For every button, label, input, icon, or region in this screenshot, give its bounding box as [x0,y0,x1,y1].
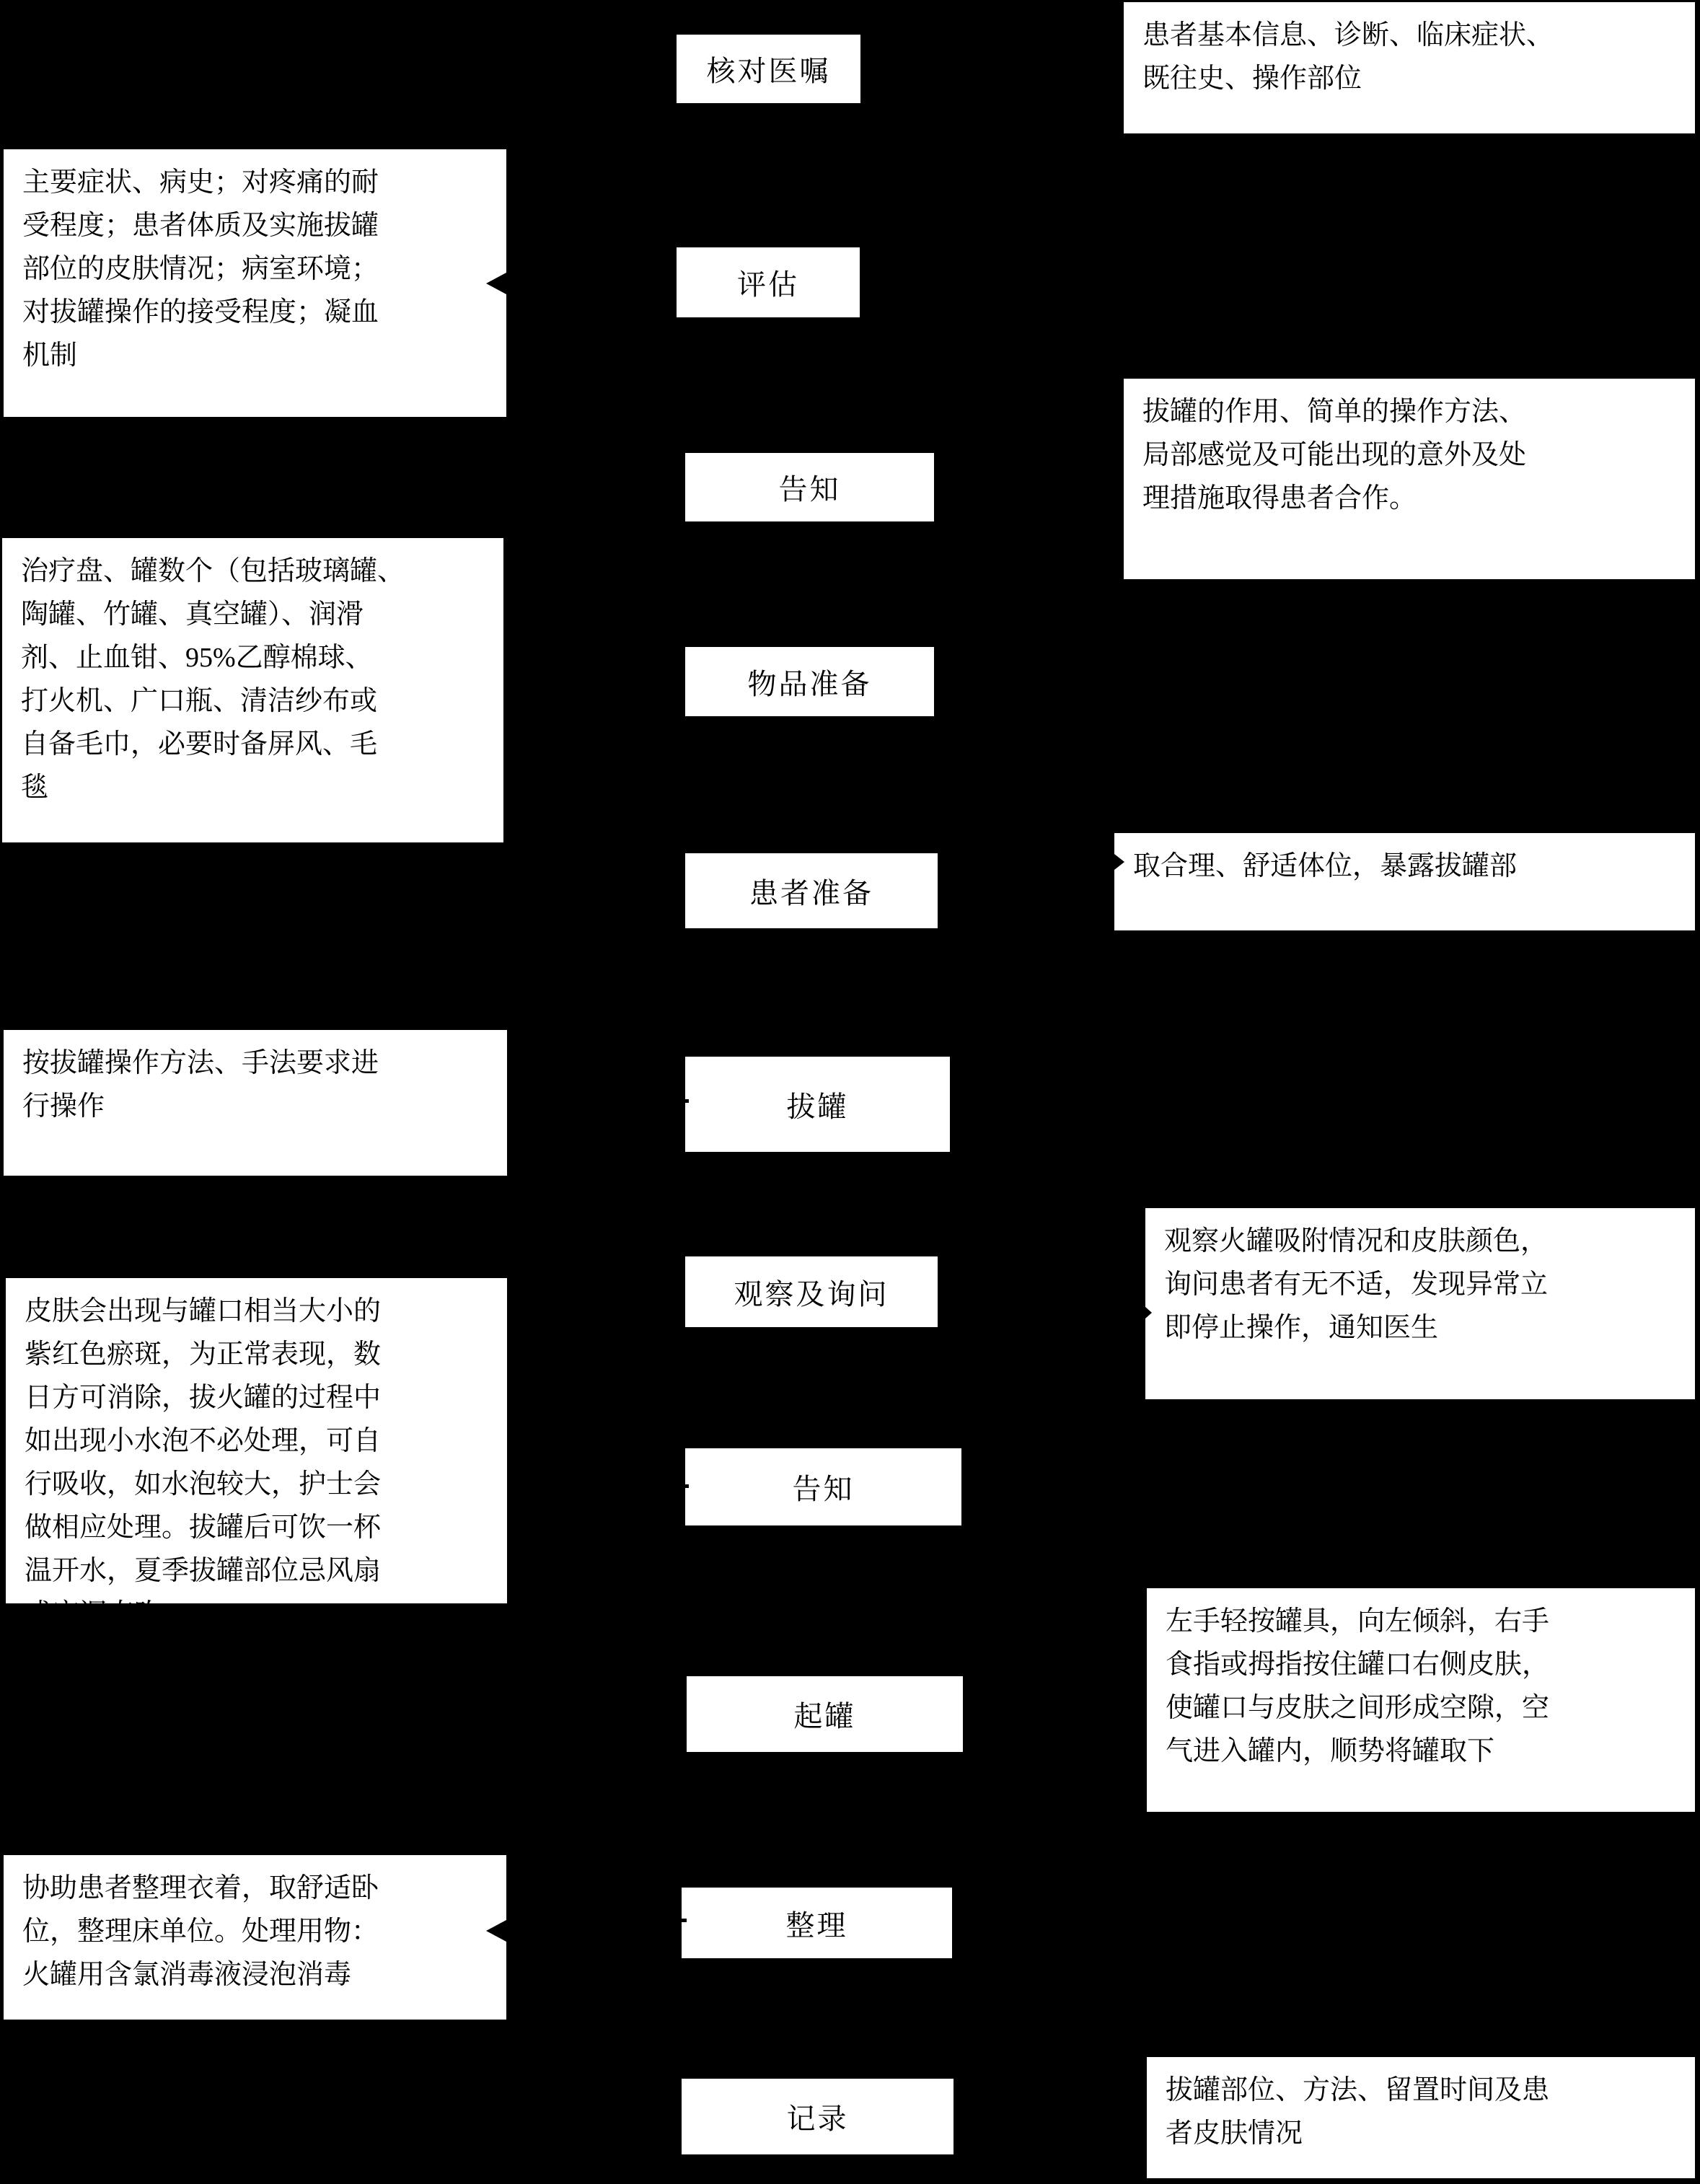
connector-dash-icon [673,1919,687,1922]
note-box-position-patient: 取合理、舒适体位，暴露拔罐部 [1114,833,1695,930]
connector-dash-icon [677,1099,689,1103]
step-box-cupping: 拔罐 [685,1057,950,1152]
note-box-record-details: 拔罐部位、方法、留置时间及患 者皮肤情况 [1147,2057,1695,2178]
note-box-item-list: 治疗盘、罐数个（包括玻璃罐、 陶罐、竹罐、真空罐）、润滑 剂、止血钳、95%乙醇… [2,538,503,842]
step-box-prepare-patient: 患者准备 [685,853,938,928]
step-box-observe-inquire: 观察及询问 [685,1256,938,1327]
step-box-assess: 评估 [677,247,860,317]
arrowhead-right-icon [1145,1307,1152,1318]
note-box-assessment-details: 主要症状、病史；对疼痛的耐 受程度；患者体质及实施拔罐 部位的皮肤情况；病室环境… [4,149,506,417]
step-box-verify-orders: 核对医嘱 [677,35,860,103]
note-box-after-care: 协助患者整理衣着，取舒适卧 位，整理床单位。处理用物： 火罐用含氯消毒液浸泡消毒 [4,1855,506,2020]
step-box-remove-cups: 起罐 [687,1676,963,1752]
step-box-tidy-up: 整理 [682,1888,952,1958]
note-box-operation-method: 按拔罐操作方法、手法要求进 行操作 [4,1030,507,1176]
step-box-record: 记录 [682,2079,954,2154]
note-box-skin-reaction: 皮肤会出现与罐口相当大小的 紫红色瘀斑，为正常表现，数 日方可消除，拔火罐的过程… [6,1278,507,1603]
step-box-inform-1: 告知 [685,453,934,521]
note-box-cup-removal-method: 左手轻按罐具，向左倾斜，右手 食指或拇指按住罐口右侧皮肤， 使罐口与皮肤之间形成… [1147,1588,1695,1812]
note-box-observe-details: 观察火罐吸附情况和皮肤颜色， 询问患者有无不适，发现异常立 即停止操作，通知医生 [1145,1208,1695,1399]
note-box-patient-info: 患者基本信息、诊断、临床症状、 既往史、操作部位 [1124,2,1695,133]
step-box-prepare-items: 物品准备 [685,647,934,716]
arrowhead-left-icon [486,273,506,294]
cupping-procedure-flowchart: 核对医嘱 评估 告知 物品准备 患者准备 拔罐 观察及询问 告知 起罐 整理 记… [0,0,1700,2184]
arrowhead-right-icon [1114,854,1124,870]
connector-dash-icon [677,1484,689,1488]
arrowhead-left-icon [486,1920,506,1942]
step-box-inform-2: 告知 [685,1448,961,1525]
note-box-explain-procedure: 拔罐的作用、简单的操作方法、 局部感觉及可能出现的意外及处 理措施取得患者合作。 [1124,379,1695,579]
